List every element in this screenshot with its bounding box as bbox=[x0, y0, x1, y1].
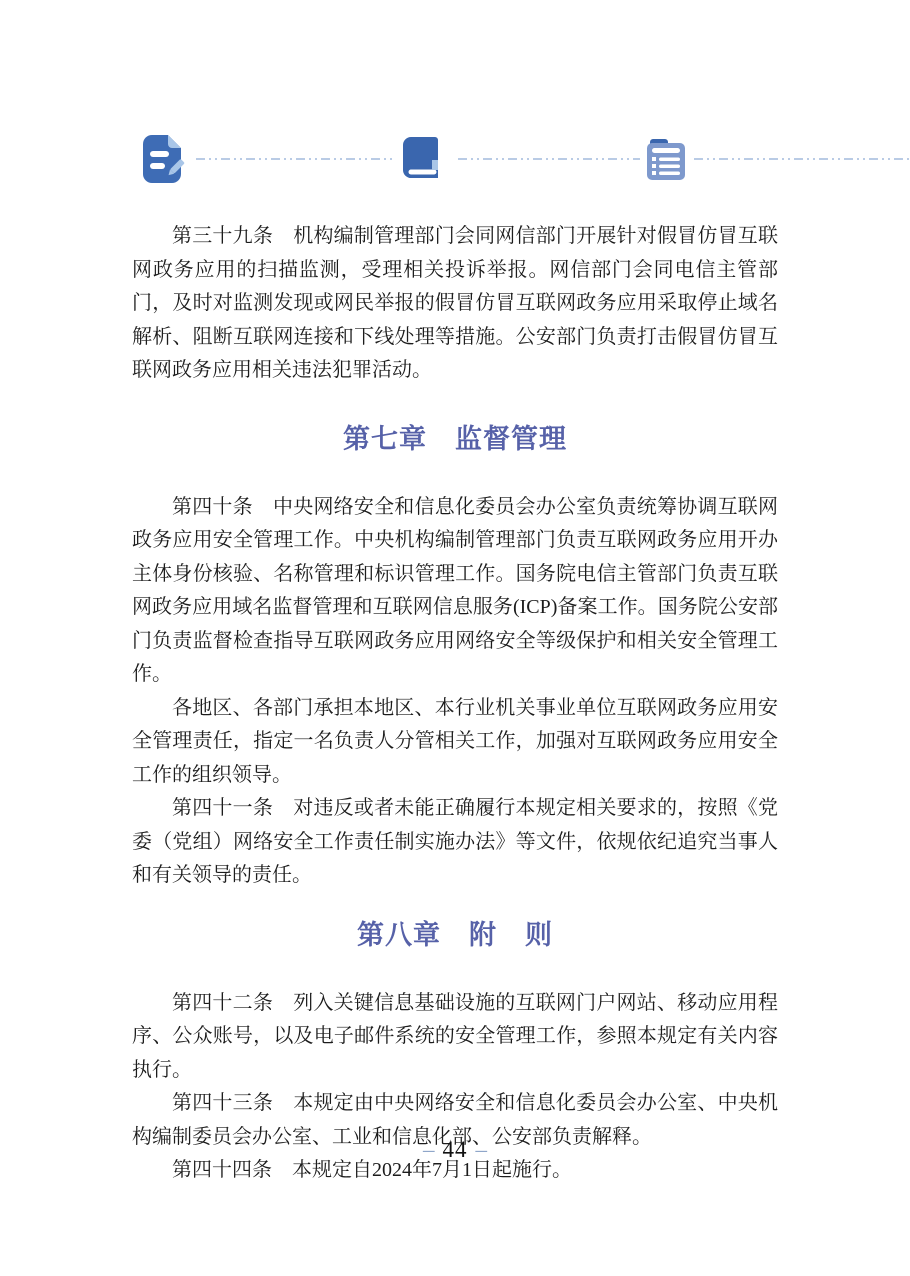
body-paragraph-article-39: 第三十九条 机构编制管理部门会同网信部门开展针对假冒仿冒互联网政务应用的扫描监测… bbox=[132, 220, 778, 388]
document-edit-icon bbox=[138, 134, 186, 184]
book-icon bbox=[398, 134, 446, 184]
page-number: 44 bbox=[443, 1137, 468, 1162]
footer-dash-left: – bbox=[415, 1137, 443, 1162]
footer-dash-right: – bbox=[468, 1137, 496, 1162]
body-paragraph-article-40-2: 各地区、各部门承担本地区、本行业机关事业单位互联网政务应用安全管理责任，指定一名… bbox=[132, 692, 778, 793]
document-content: 第三十九条 机构编制管理部门会同网信部门开展针对假冒仿冒互联网政务应用的扫描监测… bbox=[132, 220, 778, 1188]
header-dash-rule bbox=[458, 158, 640, 160]
page-footer: –44– bbox=[0, 1136, 910, 1164]
document-page: 第三十九条 机构编制管理部门会同网信部门开展针对假冒仿冒互联网政务应用的扫描监测… bbox=[0, 0, 910, 1276]
body-paragraph-article-42: 第四十二条 列入关键信息基础设施的互联网门户网站、移动应用程序、公众账号，以及电… bbox=[132, 987, 778, 1088]
header-dash-rule bbox=[196, 158, 394, 160]
page-header-band bbox=[0, 130, 910, 190]
body-paragraph-article-40: 第四十条 中央网络安全和信息化委员会办公室负责统筹协调互联网政务应用安全管理工作… bbox=[132, 491, 778, 692]
header-dash-rule bbox=[694, 158, 910, 160]
chapter-heading-8: 第八章 附 则 bbox=[132, 920, 778, 950]
body-paragraph-article-41: 第四十一条 对违反或者未能正确履行本规定相关要求的，按照《党委（党组）网络安全工… bbox=[132, 792, 778, 893]
folder-list-icon bbox=[642, 134, 690, 184]
chapter-heading-7: 第七章 监督管理 bbox=[132, 424, 778, 454]
